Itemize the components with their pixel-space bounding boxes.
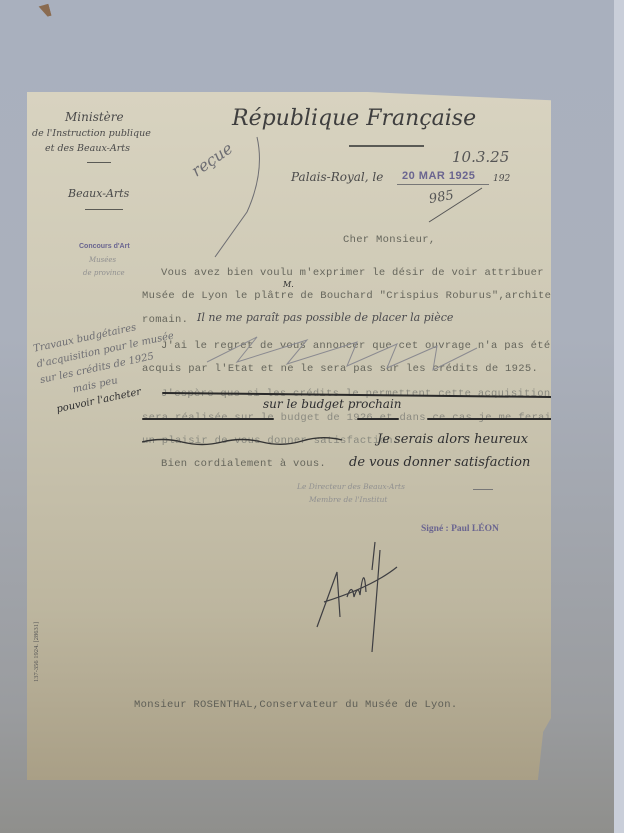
place-label: Palais-Royal, le bbox=[291, 170, 383, 184]
ministry-title: Ministère bbox=[65, 110, 124, 124]
strike-line bbox=[427, 418, 567, 420]
ministry-subtitle: de l'Instruction publique bbox=[32, 128, 151, 139]
pencil-stroke bbox=[207, 132, 267, 262]
slash-mark bbox=[427, 184, 487, 224]
signature-icon bbox=[312, 532, 432, 662]
handwritten-date: 10.3.25 bbox=[452, 148, 509, 166]
addressee: Monsieur ROSENTHAL,Conservateur du Musée… bbox=[134, 699, 457, 711]
republic-heading: République Française bbox=[232, 106, 476, 131]
body-line-1: Vous avez bien voulu m'exprimer le désir… bbox=[161, 267, 564, 279]
body-line-2: Musée de Lyon le plâtre de Bouchard "Cri… bbox=[142, 290, 571, 302]
year-suffix: 192 bbox=[493, 174, 510, 184]
insert-mark: M. bbox=[283, 280, 294, 289]
corner-fragment bbox=[39, 4, 52, 18]
stamp-line-2: Musées bbox=[89, 256, 116, 264]
stamp-line-1: Concours d'Art bbox=[79, 243, 130, 250]
strike-line bbox=[357, 418, 399, 420]
divider bbox=[87, 162, 111, 163]
salutation: Cher Monsieur, bbox=[343, 234, 435, 246]
inline-handwritten-note: Il ne me paraît pas possible de placer l… bbox=[197, 311, 453, 324]
ministry-subtitle-2: et des Beaux-Arts bbox=[45, 143, 130, 154]
dash-mark bbox=[473, 489, 493, 490]
divider bbox=[349, 145, 424, 147]
margin-note: Travaux budgétaires d'acquisition pour l… bbox=[32, 313, 186, 420]
department-label: Beaux-Arts bbox=[68, 187, 129, 200]
signatory-subtitle: Membre de l'Institut bbox=[309, 495, 387, 504]
background-edge bbox=[614, 0, 624, 833]
strike-line bbox=[142, 418, 274, 420]
signed-stamp: Signé : Paul LÉON bbox=[421, 524, 499, 534]
wavy-strike bbox=[142, 434, 357, 448]
divider bbox=[85, 209, 123, 210]
stamp-line-3: de province bbox=[83, 269, 125, 277]
signatory-title: Le Directeur des Beaux-Arts bbox=[297, 482, 405, 491]
scribble-overlay bbox=[197, 332, 497, 377]
letter-page: Ministère de l'Instruction publique et d… bbox=[27, 92, 551, 780]
date-stamp: 20 MAR 1925 bbox=[402, 170, 475, 182]
insert-budget-note: sur le budget prochain bbox=[263, 397, 402, 411]
closing-line: Bien cordialement à vous. bbox=[161, 458, 326, 470]
print-code: 137-356 1924. [28631] bbox=[33, 622, 40, 682]
closing-note-1: Je serais alors heureux bbox=[377, 432, 528, 447]
closing-note-2: de vous donner satisfaction bbox=[349, 455, 530, 470]
